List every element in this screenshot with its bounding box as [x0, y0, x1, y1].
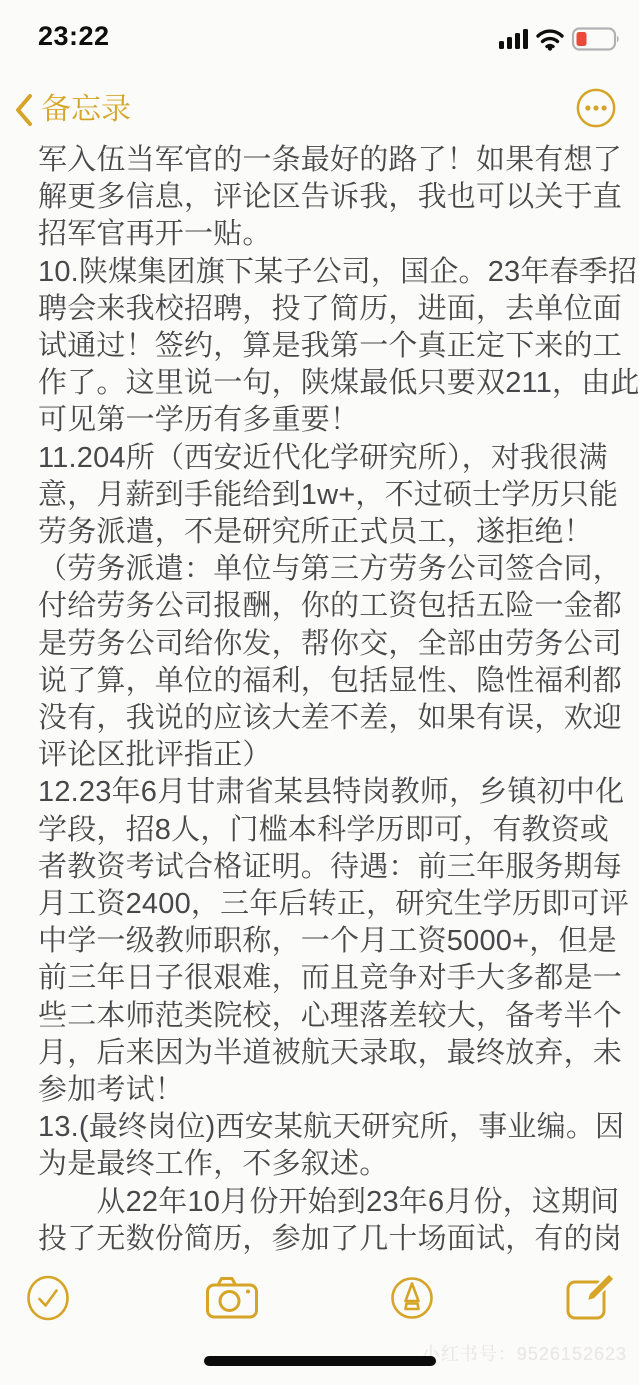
note-text-line: 些二本师范类院校，心理落差较大，备考半个 [38, 998, 613, 1035]
status-bar: 23:22 [0, 0, 639, 62]
note-text-line: （劳务派遣：单位与第三方劳务公司签合同， [38, 551, 613, 588]
note-text-line: 为是最终工作，不多叙述。 [38, 1146, 613, 1183]
home-indicator[interactable] [204, 1356, 436, 1366]
note-body[interactable]: 军入伍当军官的一条最好的路了！如果有想了解更多信息，评论区告诉我，我也可以关于直… [38, 142, 613, 1258]
cellular-signal-icon [499, 29, 528, 49]
note-text-line: 参加考试！ [38, 1072, 613, 1109]
nav-bar: 备忘录 [0, 84, 639, 136]
note-text-line: 13.(最终岗位)西安某航天研究所，事业编。因 [38, 1109, 613, 1146]
compose-icon [564, 1272, 616, 1324]
check-circle-icon [22, 1272, 74, 1324]
xiaohongshu-watermark: 小红书号：9526152623 [422, 1340, 627, 1366]
note-text-line: 没有，我说的应该大差不差，如果有误，欢迎 [38, 700, 613, 737]
note-text-line: 12.23年6月甘肃省某县特岗教师，乡镇初中化 [38, 774, 613, 811]
note-text-line: 者教资考试合格证明。待遇：前三年服务期每 [38, 849, 613, 886]
battery-low-icon [573, 29, 619, 50]
bottom-toolbar [0, 1272, 639, 1324]
note-text-line: 军入伍当军官的一条最好的路了！如果有想了 [38, 142, 613, 179]
status-time: 23:22 [38, 21, 110, 52]
chevron-left-icon [14, 93, 33, 127]
note-text-line: 学段，招8人，门槛本科学历即可，有教资或 [38, 812, 613, 849]
note-text-line: 中学一级教师职称，一个月工资5000+，但是 [38, 923, 613, 960]
note-text-line: 前三年日子很艰难，而且竞争对手大多都是一 [38, 960, 613, 997]
note-text-line: 月工资2400，三年后转正，研究生学历即可评 [38, 886, 613, 923]
note-text-line: 作了。这里说一句，陕煤最低只要双211，由此 [38, 365, 613, 402]
camera-icon [204, 1272, 256, 1324]
note-text-line: 月，后来因为半道被航天录取，最终放弃，未 [38, 1035, 613, 1072]
back-button-label: 备忘录 [41, 90, 131, 130]
note-text-line: 11.204所（西安近代化学研究所），对我很满 [38, 440, 613, 477]
note-text-line: 是劳务公司给你发，帮你交，全部由劳务公司 [38, 626, 613, 663]
note-text-line: 可见第一学历有多重要！ [38, 402, 613, 439]
note-text-line: 说了算，单位的福利，包括显性、隐性福利都 [38, 663, 613, 700]
checklist-button[interactable] [22, 1272, 74, 1324]
note-text-line: 10.陕煤集团旗下某子公司，国企。23年春季招 [38, 254, 613, 291]
back-button[interactable]: 备忘录 [14, 90, 131, 130]
note-text-line: 意，月薪到手能给到1w+，不过硕士学历只能 [38, 477, 613, 514]
markup-button[interactable] [386, 1272, 438, 1324]
note-text-line: 招军官再开一贴。 [38, 216, 613, 253]
note-text-line: 聘会来我校招聘，投了简历，进面，去单位面 [38, 291, 613, 328]
wifi-icon [538, 31, 562, 51]
note-text-line: 劳务派遣，不是研究所正式员工，遂拒绝！ [38, 514, 613, 551]
note-text-line: 投了无数份简历，参加了几十场面试，有的岗 [38, 1221, 613, 1258]
ellipsis-circle-icon [575, 87, 617, 129]
compose-button[interactable] [564, 1272, 616, 1324]
note-text-line: 解更多信息，评论区告诉我，我也可以关于直 [38, 179, 613, 216]
note-text-line: 评论区批评指正） [38, 737, 613, 774]
more-button[interactable] [575, 87, 617, 129]
camera-button[interactable] [204, 1272, 256, 1324]
note-text-line: 试通过！签约，算是我第一个真正定下来的工 [38, 328, 613, 365]
note-text-line: 付给劳务公司报酬，你的工资包括五险一金都 [38, 588, 613, 625]
status-icons [481, 27, 631, 55]
note-text-line: 从22年10月份开始到23年6月份，这期间 [38, 1184, 613, 1221]
markup-pen-icon [386, 1272, 438, 1324]
